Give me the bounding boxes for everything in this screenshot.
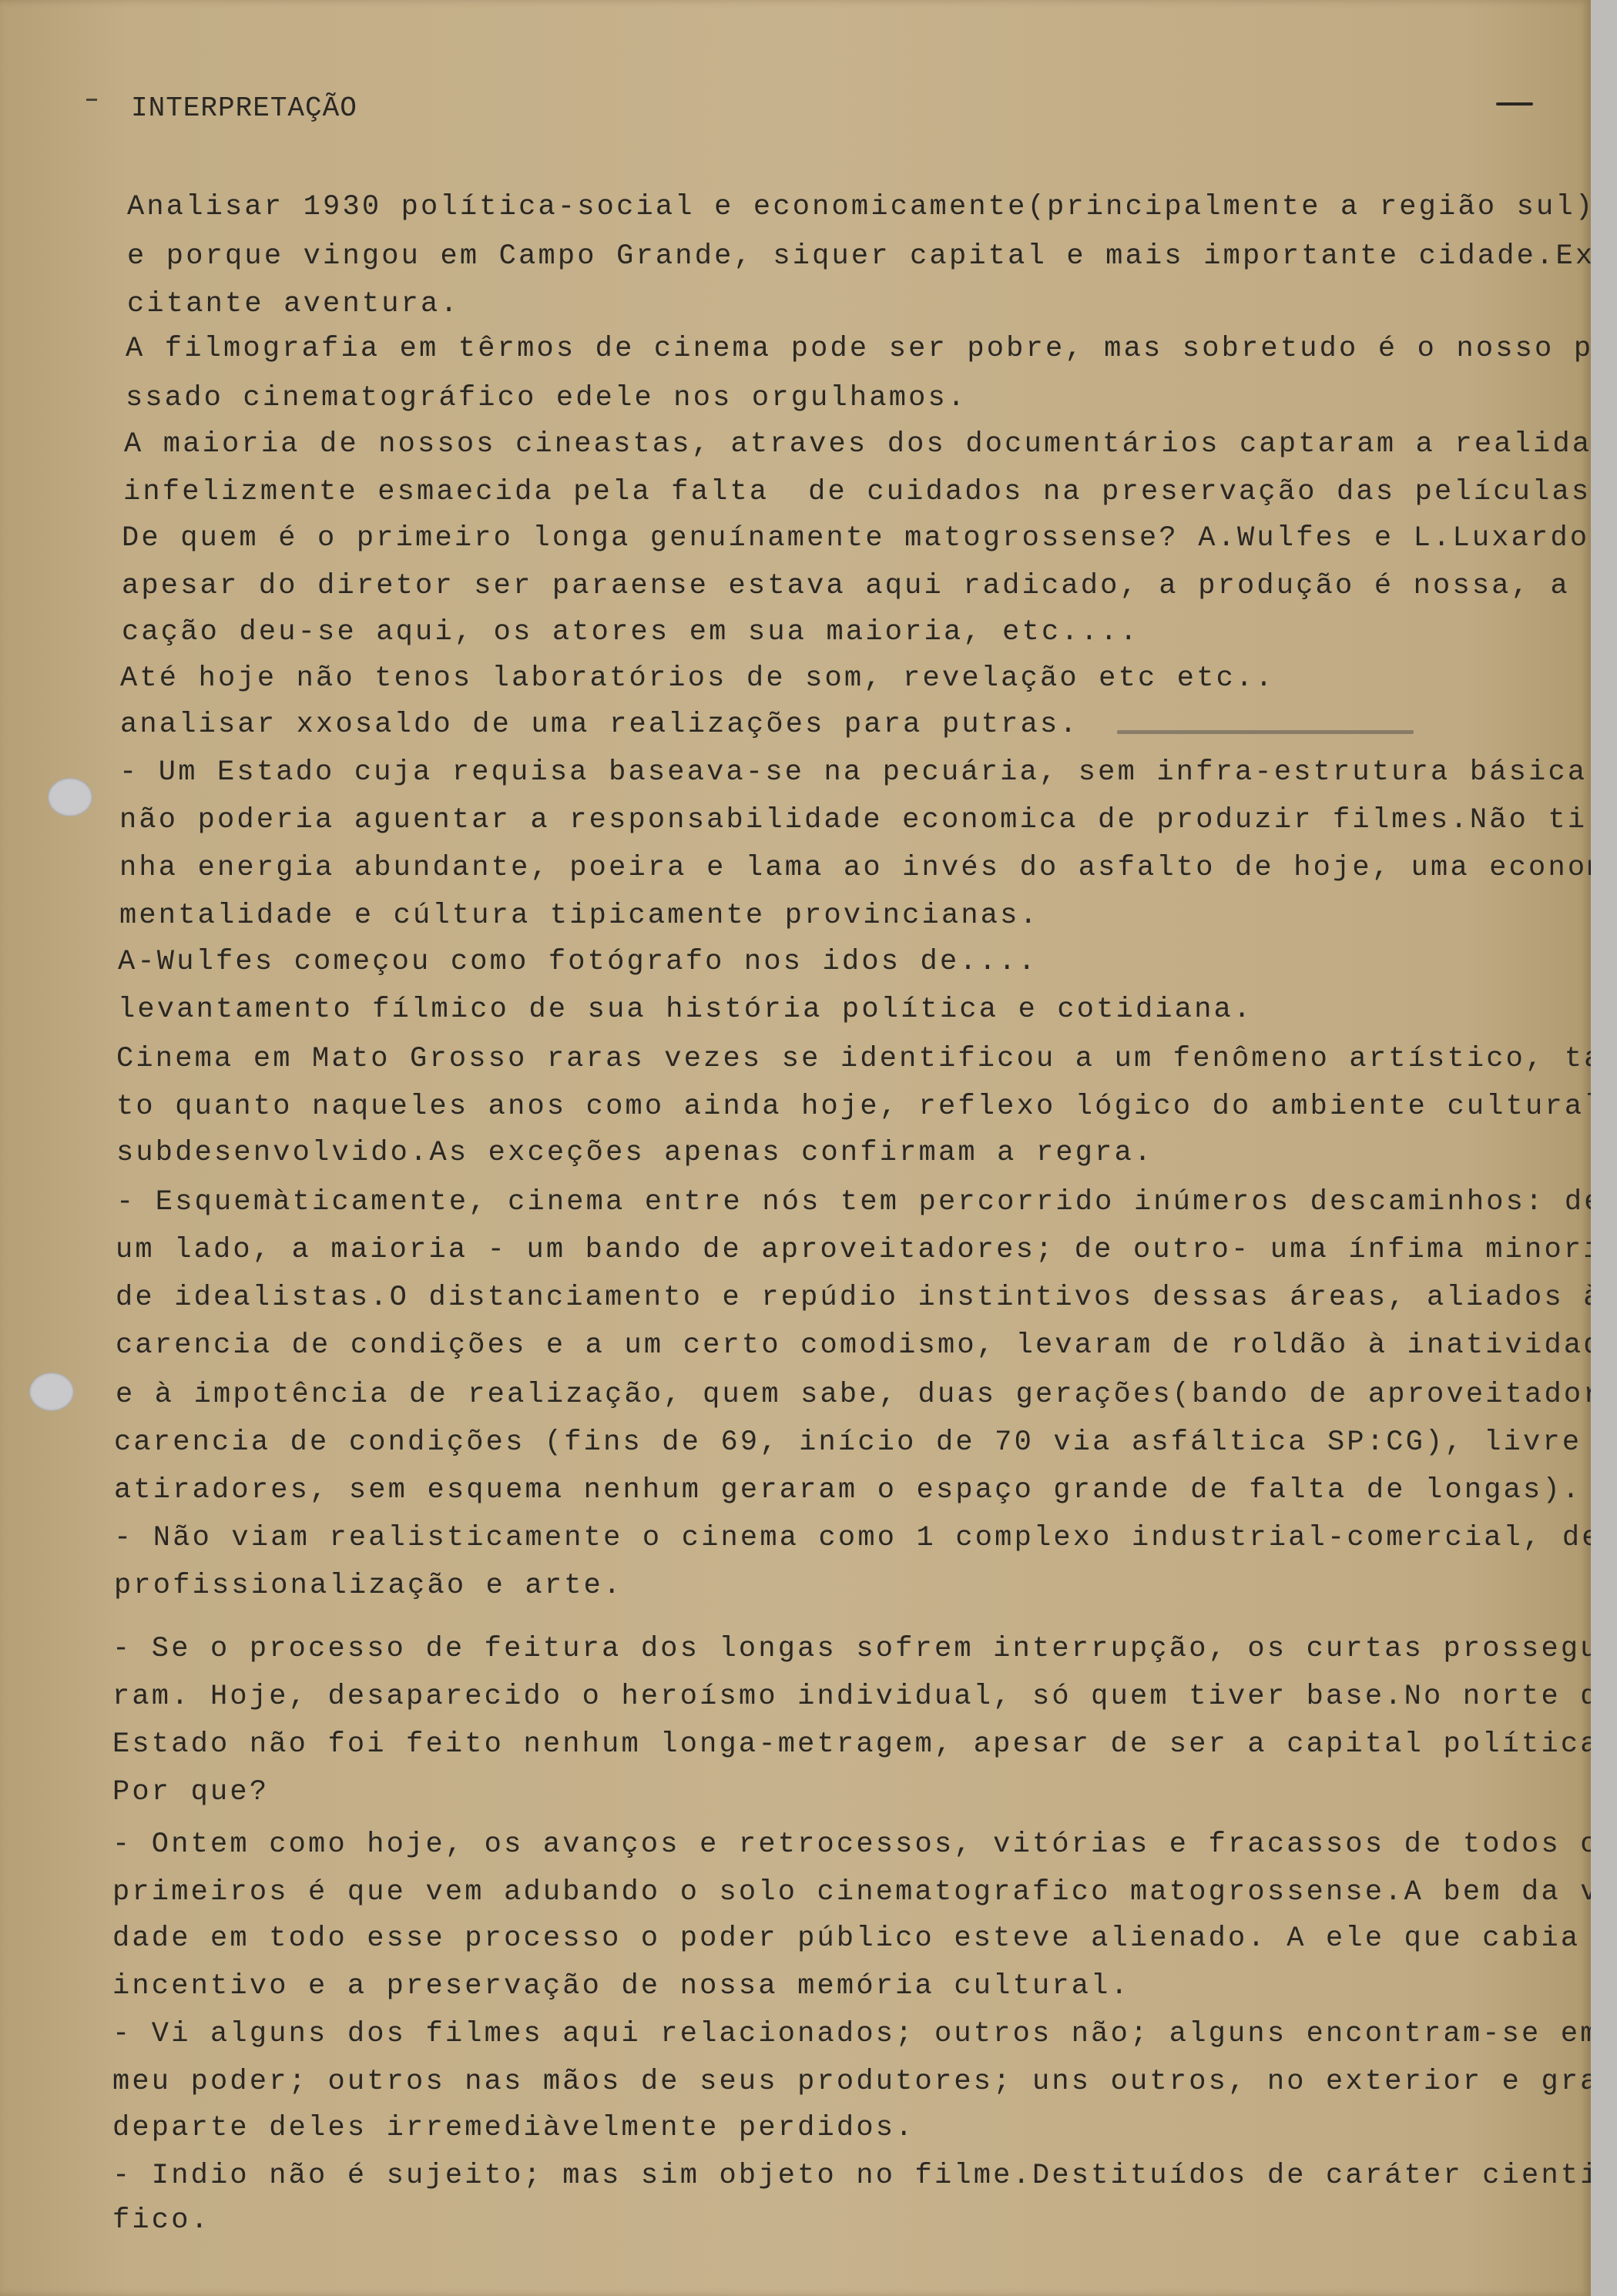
text-line: de idealistas.O distanciamento e repúdio… [116, 1282, 1603, 1314]
text-line: nha energia abundante, poeira e lama ao … [119, 852, 1617, 884]
text-line: e à impotência de realização, quem sabe,… [116, 1379, 1617, 1411]
punch-hole-icon [48, 778, 92, 816]
text-line: - Não viam realisticamente o cinema como… [114, 1522, 1602, 1554]
text-line: departe deles irremediàvelmente perdidos… [112, 2112, 915, 2144]
text-line: subdesenvolvido.As exceções apenas confi… [116, 1137, 1153, 1169]
text-line: Cinema em Mato Grosso raras vezes se ide… [116, 1043, 1617, 1075]
text-line: ssado cinematográfico edele nos orgulham… [126, 382, 967, 414]
text-line: Estado não foi feito nenhum longa-metrag… [112, 1728, 1617, 1761]
text-line: De quem é o primeiro longa genuínamente … [122, 522, 1609, 555]
text-line: levantamento fílmico de sua história pol… [118, 994, 1253, 1026]
text-line: Por que? [112, 1776, 269, 1808]
corner-dash-mark [1496, 102, 1533, 106]
text-line: meu poder; outros nas mãos de seus produ… [112, 2066, 1617, 2098]
text-line: - Ontem como hoje, os avanços e retroces… [112, 1828, 1617, 1861]
text-line: to quanto naqueles anos como ainda hoje,… [116, 1091, 1604, 1123]
text-line: A maioria de nossos cineastas, atraves d… [124, 428, 1617, 461]
scanner-background-edge [1591, 0, 1617, 2296]
text-line: carencia de condições (fins de 69, iníci… [114, 1426, 1582, 1459]
page-heading: INTERPRETAÇÃO [131, 92, 357, 124]
text-line: apesar do diretor ser paraense estava aq… [122, 570, 1617, 602]
text-line: - Se o processo de feitura dos longas so… [112, 1633, 1617, 1665]
text-line: ram. Hoje, desaparecido o heroísmo indiv… [112, 1681, 1617, 1713]
text-line: fico. [112, 2204, 210, 2237]
pencil-underline [1117, 730, 1414, 734]
punch-hole-icon [29, 1373, 74, 1411]
text-line: - Indio não é sujeito; mas sim objeto no… [112, 2160, 1617, 2192]
text-line: Até hoje não tenos laboratórios de som, … [120, 662, 1275, 695]
text-line: cação deu-se aqui, os atores em sua maio… [122, 616, 1139, 649]
typewritten-page: INTERPRETAÇÃO Analisar 1930 política-soc… [0, 0, 1591, 2296]
text-line: profissionalização e arte. [114, 1570, 623, 1602]
text-line: não poderia aguentar a responsabilidade … [119, 804, 1607, 836]
text-line: Analisar 1930 política-social e economic… [127, 191, 1595, 223]
text-line: mentalidade e cúltura tipicamente provin… [119, 900, 1039, 932]
text-line: analisar xxosaldo de uma realizações par… [120, 709, 1079, 741]
text-line: citante aventura. [127, 288, 460, 320]
text-line: dade em todo esse processo o poder públi… [112, 1922, 1617, 1955]
text-line: - Vi alguns dos filmes aqui relacionados… [112, 2018, 1600, 2050]
text-line: incentivo e a preservação de nossa memór… [112, 1970, 1130, 2003]
margin-mark [86, 99, 97, 101]
text-line: e porque vingou em Campo Grande, siquer … [127, 240, 1615, 273]
text-line: atiradores, sem esquema nenhum geraram o… [114, 1474, 1582, 1507]
text-line: A-Wulfes começou como fotógrafo nos idos… [118, 946, 1038, 978]
text-line: - Esquemàticamente, cinema entre nós tem… [116, 1186, 1604, 1218]
text-line: carencia de condições e a um certo comod… [116, 1329, 1617, 1362]
text-line: A filmografia em têrmos de cinema pode s… [126, 333, 1617, 365]
text-line: primeiros é que vem adubando o solo cine… [112, 1876, 1617, 1909]
text-line: um lado, a maioria - um bando de aprovei… [116, 1234, 1617, 1266]
text-line: - Um Estado cuja requisa baseava-se na p… [119, 756, 1607, 789]
text-line: infelizmente esmaecida pela falta de cui… [123, 476, 1611, 508]
